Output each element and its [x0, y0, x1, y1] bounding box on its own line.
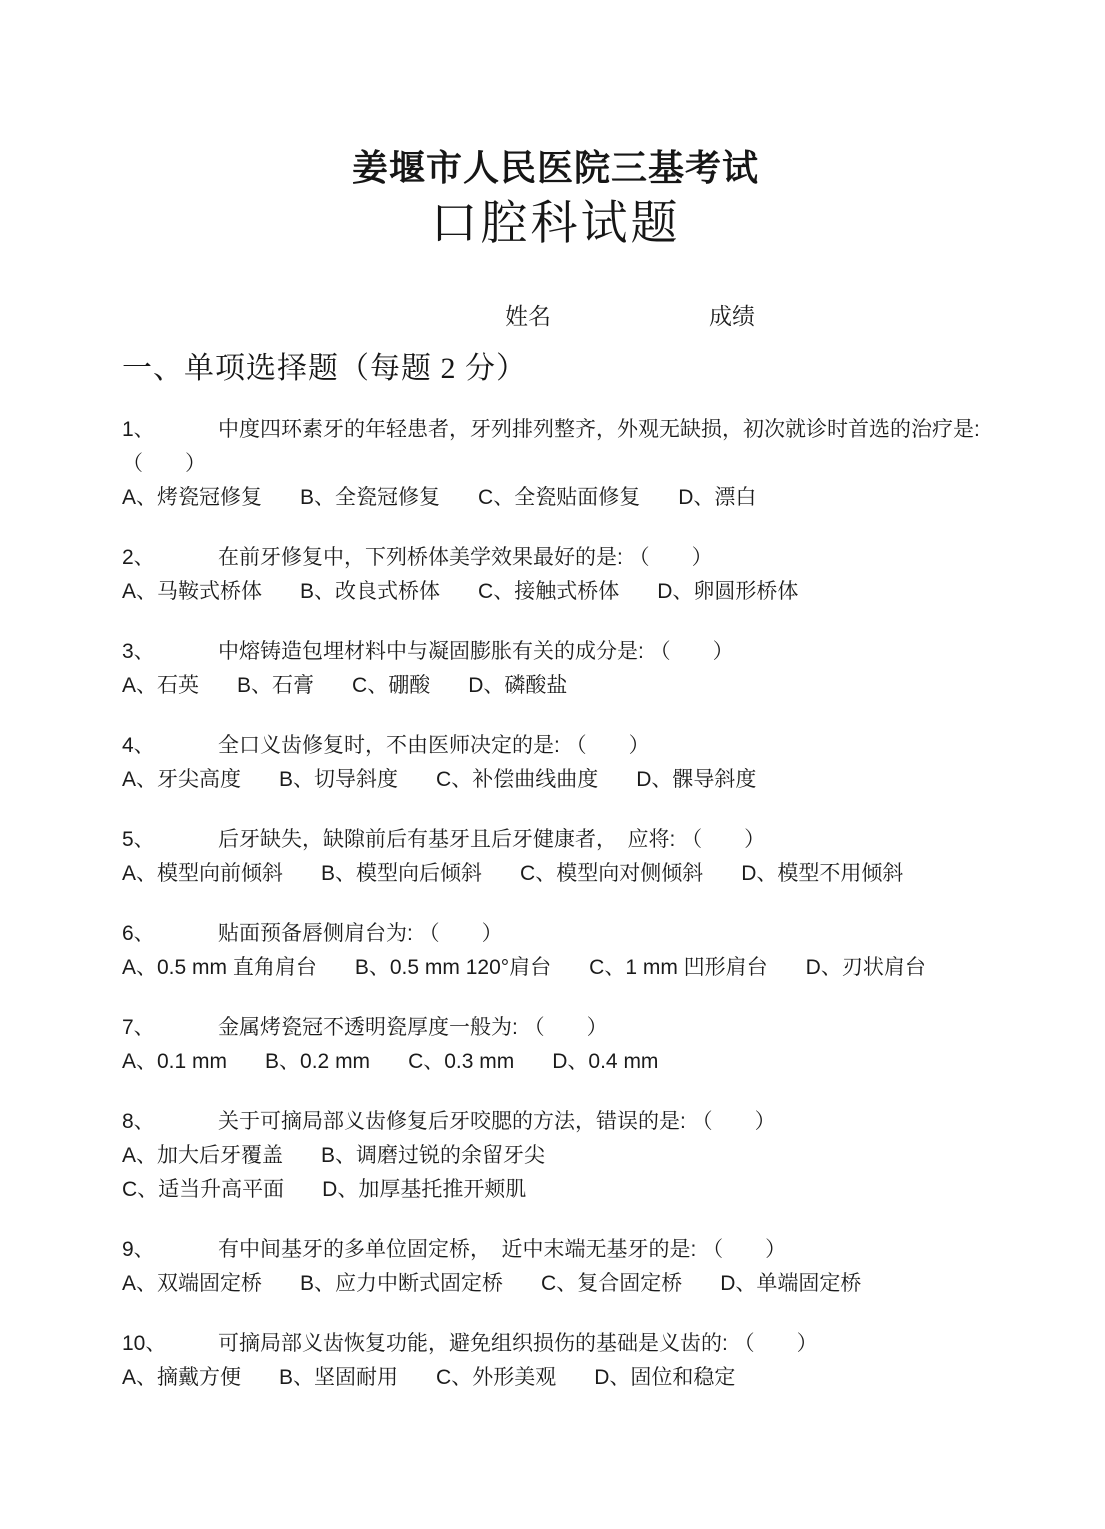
question-block: 1、中度四环素牙的年轻患者，牙列排列整齐，外观无缺损，初次就诊时首选的治疗是: … — [122, 413, 989, 515]
options-line: C、适当升高平面D、加厚基托推开颊肌 — [122, 1173, 989, 1207]
option: A、加大后牙覆盖 — [122, 1139, 283, 1173]
option: A、双端固定桥 — [122, 1267, 262, 1301]
question-text: 贴面预备唇侧肩台为: （ ） — [218, 922, 503, 945]
option: A、烤瓷冠修复 — [122, 481, 262, 515]
question-block: 5、后牙缺失，缺隙前后有基牙且后牙健康者， 应将: （ ）A、模型向前倾斜B、模… — [122, 823, 989, 891]
question-text: 可摘局部义齿恢复功能，避免组织损伤的基础是义齿的: （ ） — [218, 1332, 818, 1355]
question-number: 4、 — [122, 729, 218, 763]
question-number: 5、 — [122, 823, 218, 857]
option: A、马鞍式桥体 — [122, 575, 262, 609]
question-number: 8、 — [122, 1105, 218, 1139]
options-line: A、牙尖高度B、切导斜度C、补偿曲线曲度D、髁导斜度 — [122, 763, 989, 797]
name-score-row: 姓名 成绩 — [122, 303, 989, 331]
option: C、1 mm 凹形肩台 — [589, 951, 768, 985]
question-line: 2、在前牙修复中，下列桥体美学效果最好的是: （ ） — [122, 541, 989, 575]
question-block: 8、关于可摘局部义齿修复后牙咬腮的方法，错误的是: （ ）A、加大后牙覆盖B、调… — [122, 1105, 989, 1207]
option: D、模型不用倾斜 — [741, 857, 903, 891]
question-number: 3、 — [122, 635, 218, 669]
question-number: 10、 — [122, 1327, 218, 1361]
question-line: 1、中度四环素牙的年轻患者，牙列排列整齐，外观无缺损，初次就诊时首选的治疗是: … — [122, 413, 989, 481]
question-text: 在前牙修复中，下列桥体美学效果最好的是: （ ） — [218, 546, 713, 569]
options-line: A、加大后牙覆盖B、调磨过锐的余留牙尖 — [122, 1139, 989, 1173]
option: D、刃状肩台 — [806, 951, 926, 985]
question-line: 5、后牙缺失，缺隙前后有基牙且后牙健康者， 应将: （ ） — [122, 823, 989, 857]
option: B、调磨过锐的余留牙尖 — [321, 1139, 545, 1173]
option: B、应力中断式固定桥 — [300, 1267, 503, 1301]
option: D、漂白 — [678, 481, 756, 515]
option: A、牙尖高度 — [122, 763, 241, 797]
question-text: 金属烤瓷冠不透明瓷厚度一般为: （ ） — [218, 1016, 608, 1039]
question-block: 9、有中间基牙的多单位固定桥， 近中末端无基牙的是: （ ）A、双端固定桥B、应… — [122, 1233, 989, 1301]
options-line: A、烤瓷冠修复B、全瓷冠修复C、全瓷贴面修复D、漂白 — [122, 481, 989, 515]
options-line: A、摘戴方便B、坚固耐用C、外形美观D、固位和稳定 — [122, 1361, 989, 1395]
page-title: 姜堰市人民医院三基考试 — [122, 146, 989, 189]
question-number: 7、 — [122, 1011, 218, 1045]
option: C、全瓷贴面修复 — [478, 481, 640, 515]
option: B、坚固耐用 — [279, 1361, 398, 1395]
question-text: 后牙缺失，缺隙前后有基牙且后牙健康者， 应将: （ ） — [218, 828, 765, 851]
question-line: 10、可摘局部义齿恢复功能，避免组织损伤的基础是义齿的: （ ） — [122, 1327, 989, 1361]
option: B、0.5 mm 120°肩台 — [355, 951, 551, 985]
question-number: 1、 — [122, 413, 218, 447]
option: B、改良式桥体 — [300, 575, 440, 609]
option: D、0.4 mm — [552, 1045, 658, 1079]
question-line: 3、中熔铸造包埋材料中与凝固膨胀有关的成分是: （ ） — [122, 635, 989, 669]
questions-list: 1、中度四环素牙的年轻患者，牙列排列整齐，外观无缺损，初次就诊时首选的治疗是: … — [122, 413, 989, 1395]
option: B、切导斜度 — [279, 763, 398, 797]
question-text: 中度四环素牙的年轻患者，牙列排列整齐，外观无缺损，初次就诊时首选的治疗是: （ … — [122, 418, 980, 475]
option: C、接触式桥体 — [478, 575, 619, 609]
option: C、外形美观 — [436, 1361, 556, 1395]
option: B、模型向后倾斜 — [321, 857, 482, 891]
options-line: A、双端固定桥B、应力中断式固定桥C、复合固定桥D、单端固定桥 — [122, 1267, 989, 1301]
question-block: 2、在前牙修复中，下列桥体美学效果最好的是: （ ）A、马鞍式桥体B、改良式桥体… — [122, 541, 989, 609]
question-number: 9、 — [122, 1233, 218, 1267]
option: D、单端固定桥 — [720, 1267, 861, 1301]
option: A、模型向前倾斜 — [122, 857, 283, 891]
question-block: 6、贴面预备唇侧肩台为: （ ）A、0.5 mm 直角肩台B、0.5 mm 12… — [122, 917, 989, 985]
section-heading: 一、单项选择题（每题 2 分） — [122, 350, 989, 388]
name-label: 姓名 — [505, 303, 551, 331]
options-line: A、0.1 mmB、0.2 mmC、0.3 mmD、0.4 mm — [122, 1045, 989, 1079]
option: C、复合固定桥 — [541, 1267, 682, 1301]
option: B、石膏 — [237, 669, 314, 703]
question-text: 关于可摘局部义齿修复后牙咬腮的方法，错误的是: （ ） — [218, 1110, 776, 1133]
question-number: 6、 — [122, 917, 218, 951]
option: D、磷酸盐 — [468, 669, 567, 703]
question-line: 8、关于可摘局部义齿修复后牙咬腮的方法，错误的是: （ ） — [122, 1105, 989, 1139]
option: C、补偿曲线曲度 — [436, 763, 598, 797]
option: A、摘戴方便 — [122, 1361, 241, 1395]
exam-paper-page: 姜堰市人民医院三基考试 口腔科试题 姓名 成绩 一、单项选择题（每题 2 分） … — [0, 0, 1105, 1529]
question-block: 10、可摘局部义齿恢复功能，避免组织损伤的基础是义齿的: （ ）A、摘戴方便B、… — [122, 1327, 989, 1395]
option: A、0.1 mm — [122, 1045, 227, 1079]
question-line: 4、全口义齿修复时，不由医师决定的是: （ ） — [122, 729, 989, 763]
question-line: 6、贴面预备唇侧肩台为: （ ） — [122, 917, 989, 951]
option: C、模型向对侧倾斜 — [520, 857, 703, 891]
question-line: 7、金属烤瓷冠不透明瓷厚度一般为: （ ） — [122, 1011, 989, 1045]
question-block: 7、金属烤瓷冠不透明瓷厚度一般为: （ ）A、0.1 mmB、0.2 mmC、0… — [122, 1011, 989, 1079]
option: D、髁导斜度 — [636, 763, 756, 797]
option: D、卵圆形桥体 — [657, 575, 798, 609]
score-label: 成绩 — [709, 303, 755, 331]
question-text: 中熔铸造包埋材料中与凝固膨胀有关的成分是: （ ） — [218, 640, 734, 663]
question-block: 4、全口义齿修复时，不由医师决定的是: （ ）A、牙尖高度B、切导斜度C、补偿曲… — [122, 729, 989, 797]
option: B、0.2 mm — [265, 1045, 370, 1079]
options-line: A、0.5 mm 直角肩台B、0.5 mm 120°肩台C、1 mm 凹形肩台D… — [122, 951, 989, 985]
option: C、适当升高平面 — [122, 1173, 284, 1207]
option: B、全瓷冠修复 — [300, 481, 440, 515]
options-line: A、石英B、石膏C、硼酸D、磷酸盐 — [122, 669, 989, 703]
option: D、固位和稳定 — [594, 1361, 735, 1395]
question-text: 全口义齿修复时，不由医师决定的是: （ ） — [218, 734, 650, 757]
option: C、0.3 mm — [408, 1045, 514, 1079]
options-line: A、模型向前倾斜B、模型向后倾斜C、模型向对侧倾斜D、模型不用倾斜 — [122, 857, 989, 891]
question-number: 2、 — [122, 541, 218, 575]
option: A、0.5 mm 直角肩台 — [122, 951, 317, 985]
option: C、硼酸 — [352, 669, 430, 703]
option: D、加厚基托推开颊肌 — [322, 1173, 526, 1207]
option: A、石英 — [122, 669, 199, 703]
question-text: 有中间基牙的多单位固定桥， 近中末端无基牙的是: （ ） — [218, 1238, 786, 1261]
question-block: 3、中熔铸造包埋材料中与凝固膨胀有关的成分是: （ ）A、石英B、石膏C、硼酸D… — [122, 635, 989, 703]
question-line: 9、有中间基牙的多单位固定桥， 近中末端无基牙的是: （ ） — [122, 1233, 989, 1267]
page-subtitle: 口腔科试题 — [122, 197, 989, 251]
options-line: A、马鞍式桥体B、改良式桥体C、接触式桥体D、卵圆形桥体 — [122, 575, 989, 609]
